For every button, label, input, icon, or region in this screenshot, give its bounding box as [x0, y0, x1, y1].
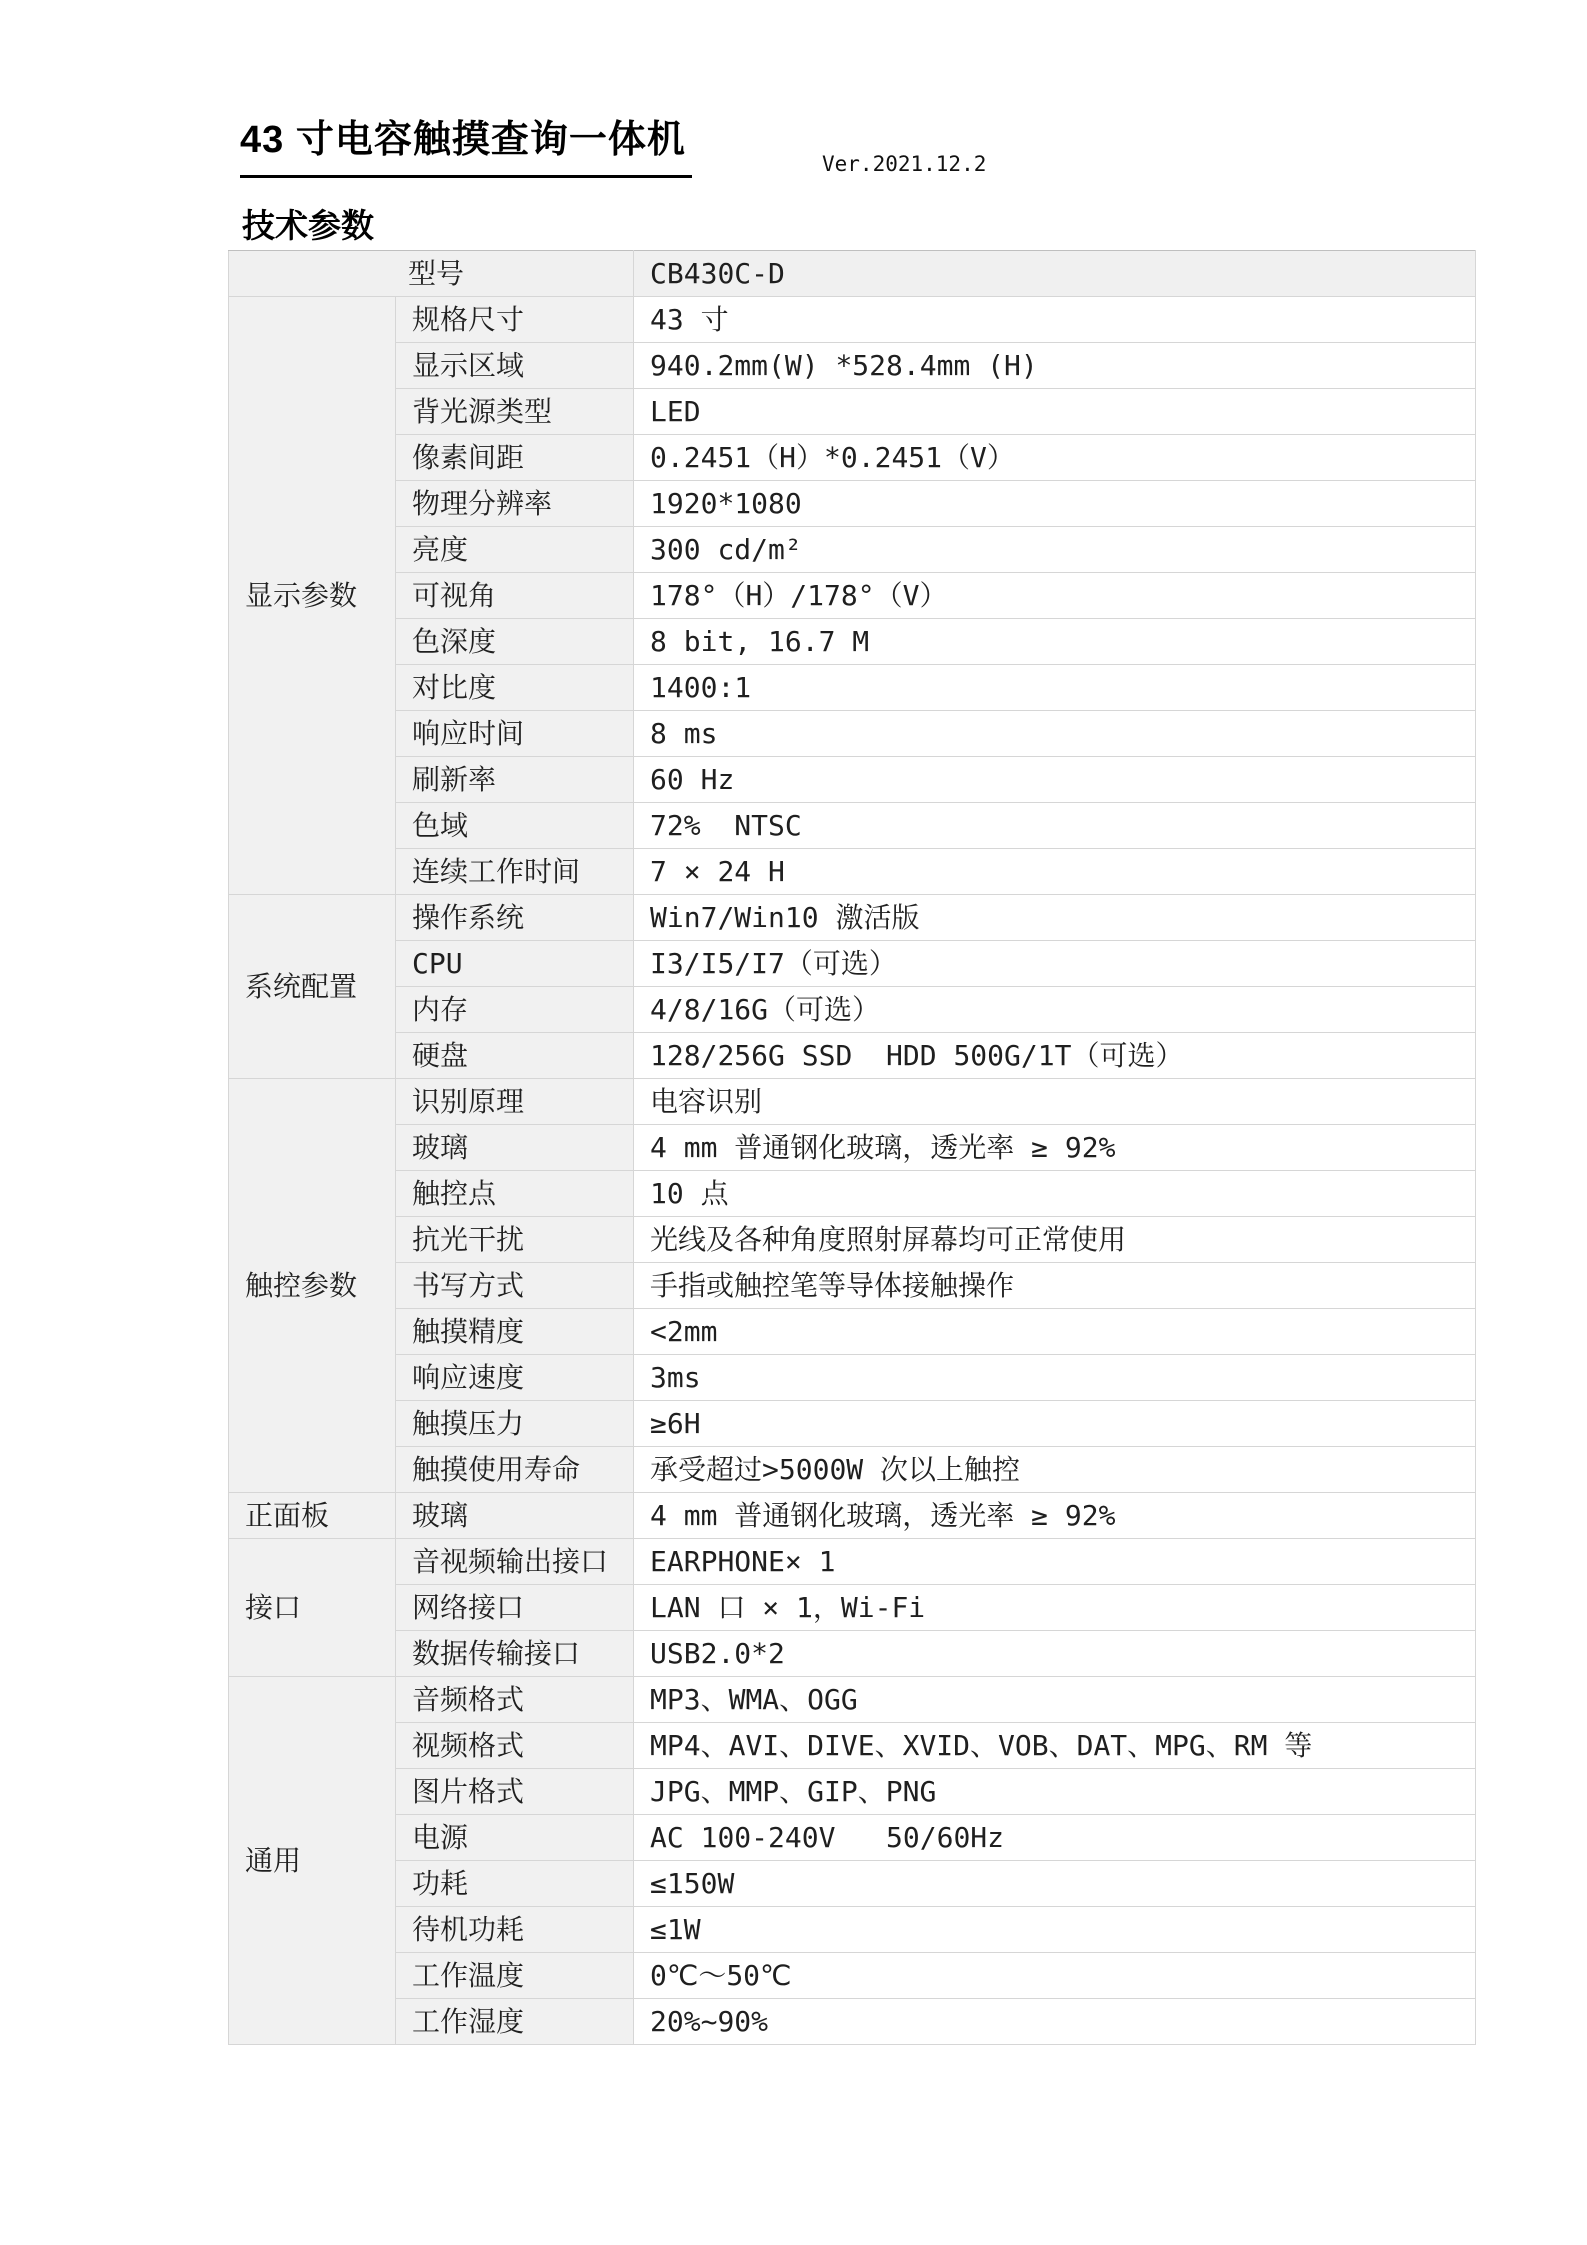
value-cell: JPG、MMP、GIP、PNG — [634, 1769, 1476, 1815]
version-label: Ver.2021.12.2 — [822, 152, 986, 176]
document-page: 43 寸电容触摸查询一体机 Ver.2021.12.2 技术参数 型号 CB43… — [0, 0, 1587, 2245]
value-cell: 1920*1080 — [634, 481, 1476, 527]
param-cell: 触摸精度 — [396, 1309, 634, 1355]
model-label-cell: 型号 — [229, 251, 634, 297]
value-cell: 43 寸 — [634, 297, 1476, 343]
table-row: 接口 音视频输出接口 EARPHONE× 1 — [229, 1539, 1476, 1585]
table-row: 图片格式JPG、MMP、GIP、PNG — [229, 1769, 1476, 1815]
param-cell: 触摸使用寿命 — [396, 1447, 634, 1493]
value-cell: 20%~90% — [634, 1999, 1476, 2045]
param-cell: 硬盘 — [396, 1033, 634, 1079]
table-row: 型号 CB430C-D — [229, 251, 1476, 297]
value-cell: MP4、AVI、DIVE、XVID、VOB、DAT、MPG、RM 等 — [634, 1723, 1476, 1769]
table-row: 系统配置 操作系统 Win7/Win10 激活版 — [229, 895, 1476, 941]
table-row: 触控点10 点 — [229, 1171, 1476, 1217]
table-row: 视频格式MP4、AVI、DIVE、XVID、VOB、DAT、MPG、RM 等 — [229, 1723, 1476, 1769]
table-row: 书写方式手指或触控笔等导体接触操作 — [229, 1263, 1476, 1309]
title-underline — [240, 175, 692, 178]
param-cell: 背光源类型 — [396, 389, 634, 435]
param-cell: 物理分辨率 — [396, 481, 634, 527]
value-cell: 手指或触控笔等导体接触操作 — [634, 1263, 1476, 1309]
param-cell: 抗光干扰 — [396, 1217, 634, 1263]
category-cell: 通用 — [229, 1677, 396, 2045]
value-cell: 940.2mm(W) *528.4mm (H) — [634, 343, 1476, 389]
param-cell: 亮度 — [396, 527, 634, 573]
value-cell: ≤1W — [634, 1907, 1476, 1953]
value-cell: 178°（H）/178°（V） — [634, 573, 1476, 619]
param-cell: 对比度 — [396, 665, 634, 711]
param-cell: 规格尺寸 — [396, 297, 634, 343]
param-cell: 可视角 — [396, 573, 634, 619]
param-cell: 工作湿度 — [396, 1999, 634, 2045]
category-cell: 显示参数 — [229, 297, 396, 895]
table-row: 物理分辨率1920*1080 — [229, 481, 1476, 527]
value-cell: 7 × 24 H — [634, 849, 1476, 895]
value-cell: 0℃～50℃ — [634, 1953, 1476, 1999]
value-cell: 0.2451（H）*0.2451（V） — [634, 435, 1476, 481]
table-row: 待机功耗≤1W — [229, 1907, 1476, 1953]
param-cell: 内存 — [396, 987, 634, 1033]
table-row: 触摸使用寿命承受超过>5000W 次以上触控 — [229, 1447, 1476, 1493]
value-cell: LED — [634, 389, 1476, 435]
param-cell: 功耗 — [396, 1861, 634, 1907]
table-row: 网络接口LAN 口 × 1，Wi-Fi — [229, 1585, 1476, 1631]
param-cell: 响应速度 — [396, 1355, 634, 1401]
table-row: 可视角178°（H）/178°（V） — [229, 573, 1476, 619]
param-cell: 图片格式 — [396, 1769, 634, 1815]
table-row: 工作温度0℃～50℃ — [229, 1953, 1476, 1999]
value-cell: 128/256G SSD HDD 500G/1T（可选） — [634, 1033, 1476, 1079]
value-cell: ≥6H — [634, 1401, 1476, 1447]
param-cell: 显示区域 — [396, 343, 634, 389]
param-cell: 触摸压力 — [396, 1401, 634, 1447]
table-row: 色域72% NTSC — [229, 803, 1476, 849]
param-cell: 工作温度 — [396, 1953, 634, 1999]
param-cell: 触控点 — [396, 1171, 634, 1217]
table-row: 色深度8 bit, 16.7 M — [229, 619, 1476, 665]
value-cell: <2mm — [634, 1309, 1476, 1355]
section-heading: 技术参数 — [242, 200, 374, 247]
value-cell: 8 bit, 16.7 M — [634, 619, 1476, 665]
param-cell: 像素间距 — [396, 435, 634, 481]
table-row: 连续工作时间7 × 24 H — [229, 849, 1476, 895]
table-row: 数据传输接口USB2.0*2 — [229, 1631, 1476, 1677]
table-row: 触摸压力≥6H — [229, 1401, 1476, 1447]
table-row: 显示参数 规格尺寸 43 寸 — [229, 297, 1476, 343]
table-row: 电源AC 100-240V 50/60Hz — [229, 1815, 1476, 1861]
param-cell: 响应时间 — [396, 711, 634, 757]
category-cell: 正面板 — [229, 1493, 396, 1539]
table-row: 亮度300 cd/m² — [229, 527, 1476, 573]
param-cell: 视频格式 — [396, 1723, 634, 1769]
param-cell: 书写方式 — [396, 1263, 634, 1309]
table-row: 硬盘128/256G SSD HDD 500G/1T（可选） — [229, 1033, 1476, 1079]
param-cell: CPU — [396, 941, 634, 987]
param-cell: 玻璃 — [396, 1125, 634, 1171]
value-cell: I3/I5/I7（可选） — [634, 941, 1476, 987]
value-cell: 4 mm 普通钢化玻璃，透光率 ≥ 92% — [634, 1493, 1476, 1539]
value-cell: 300 cd/m² — [634, 527, 1476, 573]
table-row: 响应时间8 ms — [229, 711, 1476, 757]
value-cell: 4 mm 普通钢化玻璃，透光率 ≥ 92% — [634, 1125, 1476, 1171]
table-row: 背光源类型LED — [229, 389, 1476, 435]
value-cell: Win7/Win10 激活版 — [634, 895, 1476, 941]
param-cell: 连续工作时间 — [396, 849, 634, 895]
param-cell: 音视频输出接口 — [396, 1539, 634, 1585]
value-cell: 光线及各种角度照射屏幕均可正常使用 — [634, 1217, 1476, 1263]
value-cell: 60 Hz — [634, 757, 1476, 803]
value-cell: AC 100-240V 50/60Hz — [634, 1815, 1476, 1861]
param-cell: 音频格式 — [396, 1677, 634, 1723]
table-row: 显示区域940.2mm(W) *528.4mm (H) — [229, 343, 1476, 389]
param-cell: 色深度 — [396, 619, 634, 665]
page-title: 43 寸电容触摸查询一体机 — [240, 108, 686, 163]
value-cell: 承受超过>5000W 次以上触控 — [634, 1447, 1476, 1493]
param-cell: 待机功耗 — [396, 1907, 634, 1953]
param-cell: 操作系统 — [396, 895, 634, 941]
table-row: 工作湿度20%~90% — [229, 1999, 1476, 2045]
value-cell: MP3、WMA、OGG — [634, 1677, 1476, 1723]
table-row: 抗光干扰光线及各种角度照射屏幕均可正常使用 — [229, 1217, 1476, 1263]
table-row: 像素间距0.2451（H）*0.2451（V） — [229, 435, 1476, 481]
value-cell: ≤150W — [634, 1861, 1476, 1907]
param-cell: 色域 — [396, 803, 634, 849]
table-row: 对比度1400:1 — [229, 665, 1476, 711]
value-cell: 4/8/16G（可选） — [634, 987, 1476, 1033]
value-cell: 1400:1 — [634, 665, 1476, 711]
param-cell: 玻璃 — [396, 1493, 634, 1539]
category-cell: 系统配置 — [229, 895, 396, 1079]
category-cell: 接口 — [229, 1539, 396, 1677]
param-cell: 数据传输接口 — [396, 1631, 634, 1677]
value-cell: 3ms — [634, 1355, 1476, 1401]
table-row: 触摸精度<2mm — [229, 1309, 1476, 1355]
value-cell: USB2.0*2 — [634, 1631, 1476, 1677]
param-cell: 电源 — [396, 1815, 634, 1861]
value-cell: LAN 口 × 1，Wi-Fi — [634, 1585, 1476, 1631]
table-row: CPUI3/I5/I7（可选） — [229, 941, 1476, 987]
value-cell: 8 ms — [634, 711, 1476, 757]
param-cell: 网络接口 — [396, 1585, 634, 1631]
table-row: 通用 音频格式 MP3、WMA、OGG — [229, 1677, 1476, 1723]
table-row: 内存4/8/16G（可选） — [229, 987, 1476, 1033]
table-row: 触控参数 识别原理 电容识别 — [229, 1079, 1476, 1125]
param-cell: 识别原理 — [396, 1079, 634, 1125]
value-cell: EARPHONE× 1 — [634, 1539, 1476, 1585]
value-cell: 电容识别 — [634, 1079, 1476, 1125]
table-row: 正面板 玻璃 4 mm 普通钢化玻璃，透光率 ≥ 92% — [229, 1493, 1476, 1539]
category-cell: 触控参数 — [229, 1079, 396, 1493]
table-row: 功耗≤150W — [229, 1861, 1476, 1907]
table-row: 刷新率60 Hz — [229, 757, 1476, 803]
spec-table: 型号 CB430C-D 显示参数 规格尺寸 43 寸 显示区域940.2mm(W… — [228, 250, 1476, 2045]
table-row: 玻璃4 mm 普通钢化玻璃，透光率 ≥ 92% — [229, 1125, 1476, 1171]
value-cell: 72% NTSC — [634, 803, 1476, 849]
param-cell: 刷新率 — [396, 757, 634, 803]
table-row: 响应速度3ms — [229, 1355, 1476, 1401]
model-value-cell: CB430C-D — [634, 251, 1476, 297]
value-cell: 10 点 — [634, 1171, 1476, 1217]
